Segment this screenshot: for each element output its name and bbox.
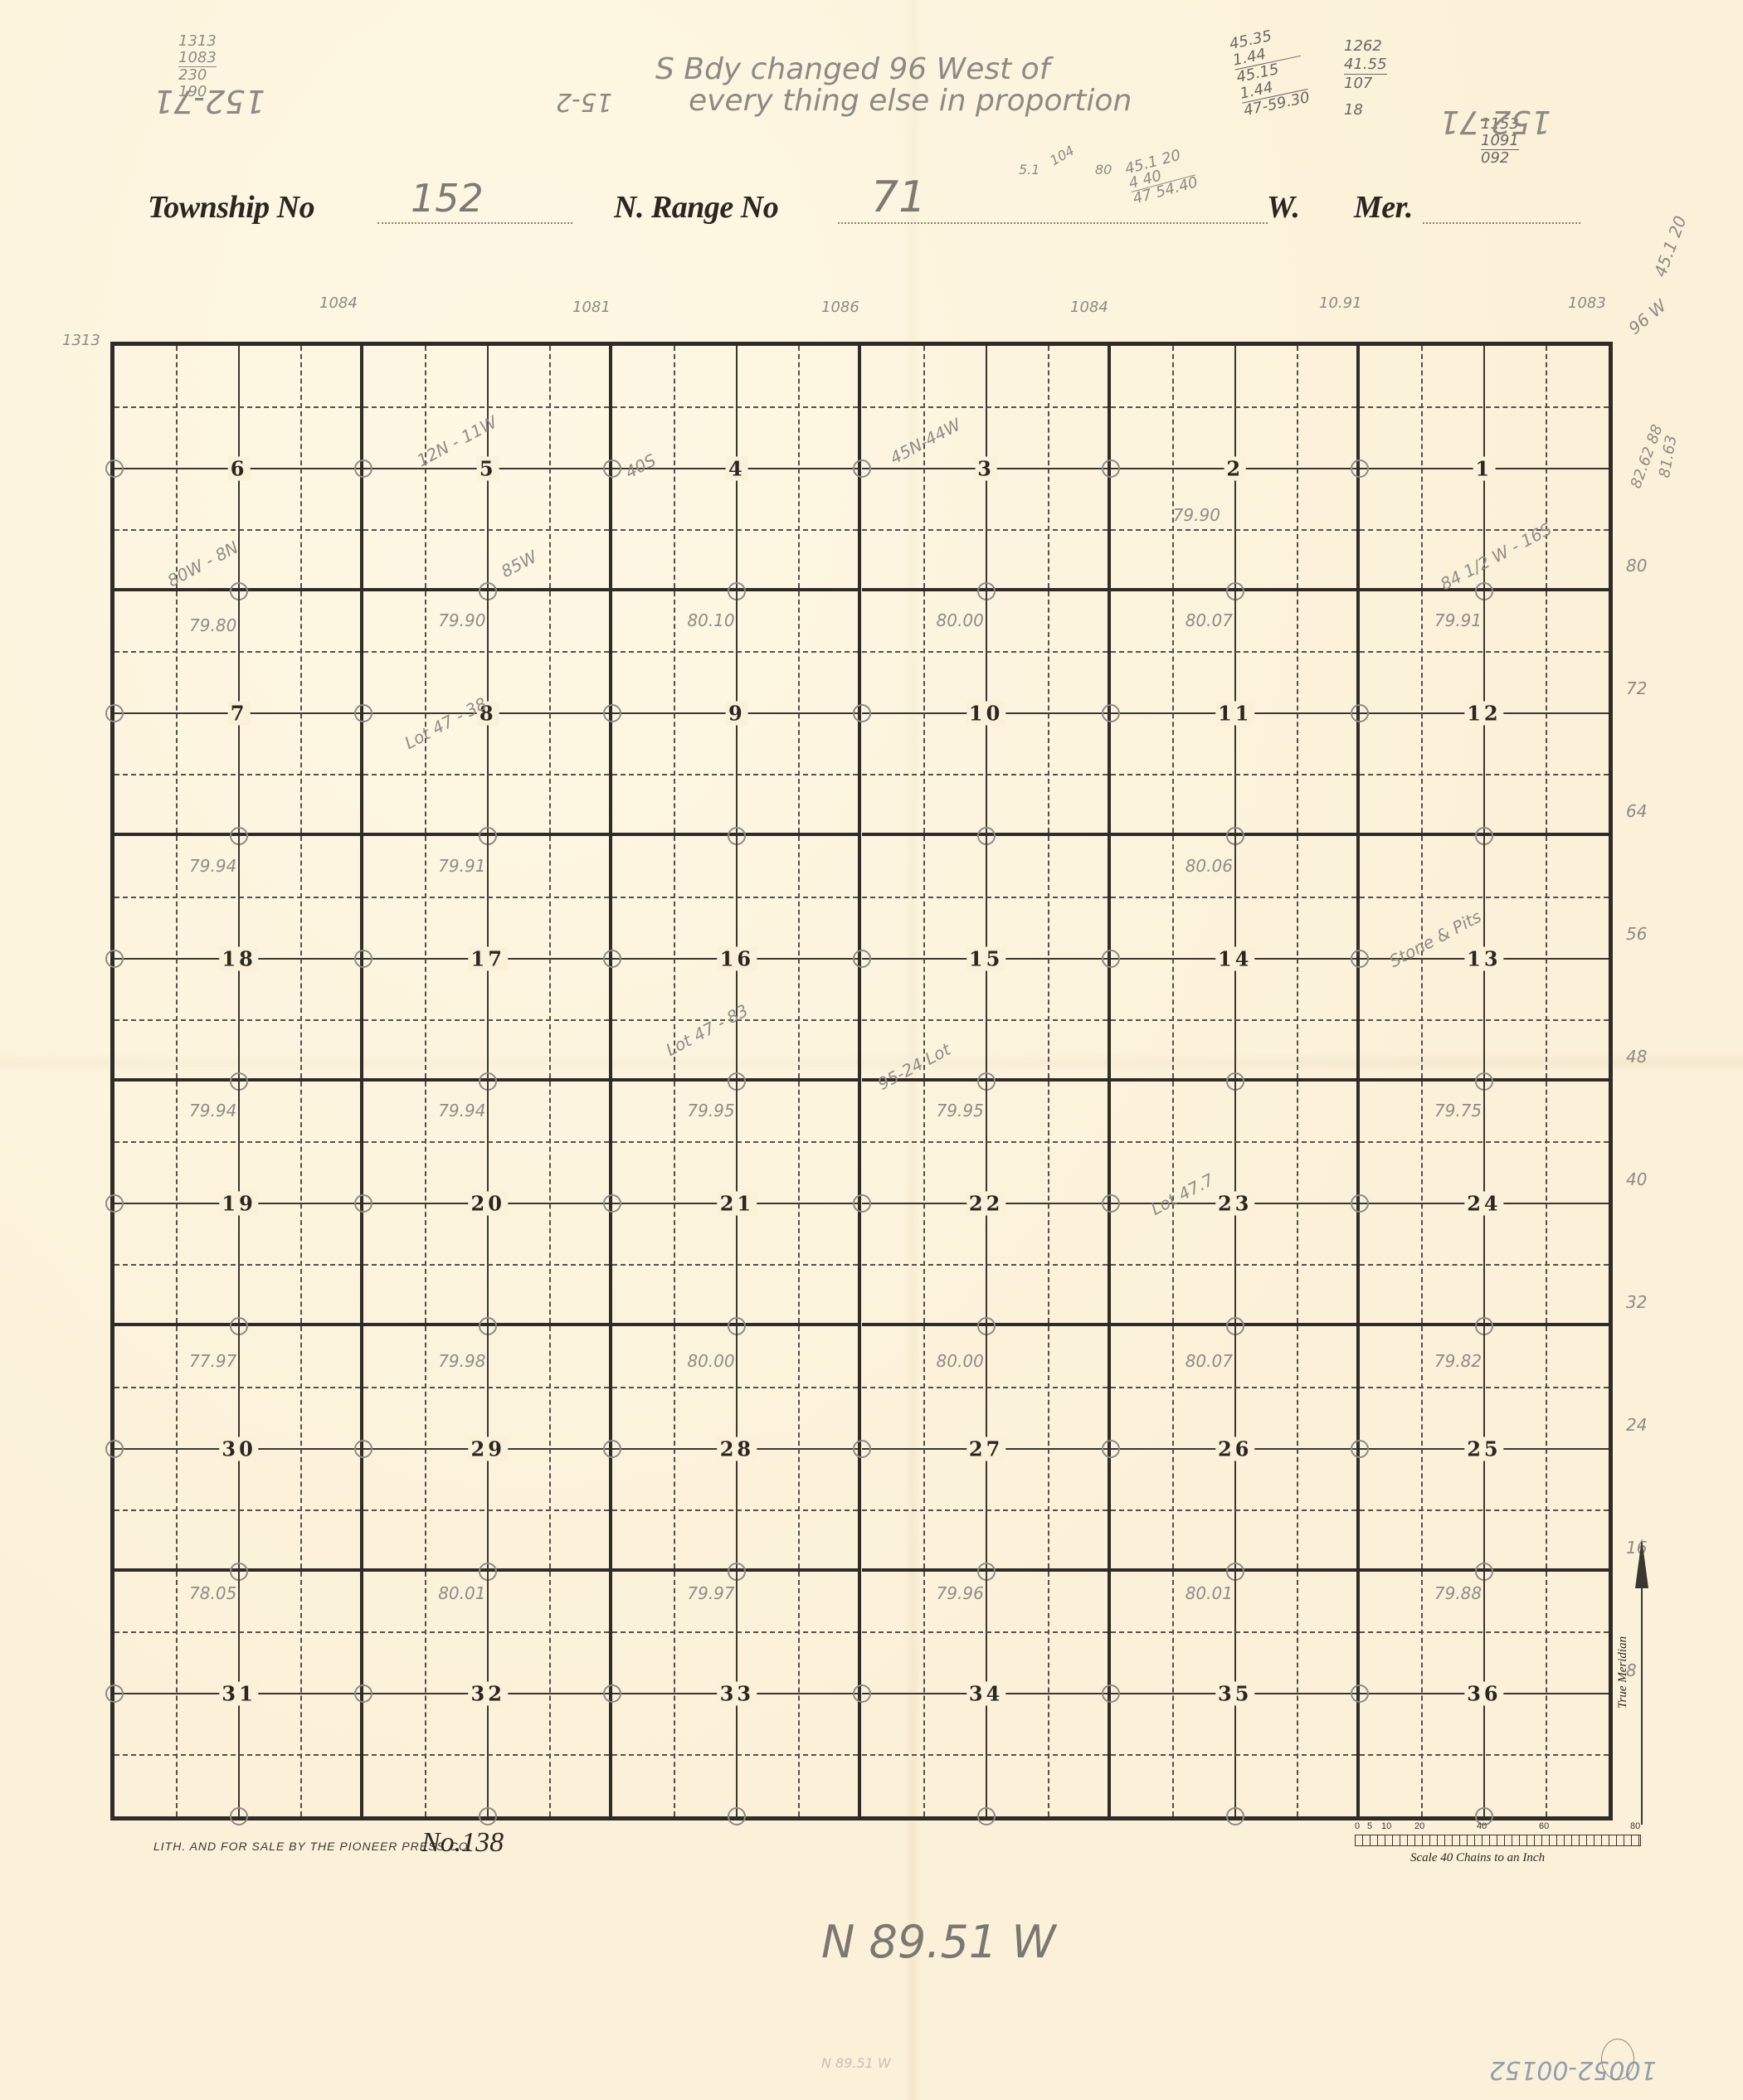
sixteenth-line-vertical [1172, 1326, 1174, 1568]
sixteenth-line-vertical [300, 346, 302, 588]
pencil-annotation: 80.01 [438, 1583, 485, 1603]
scale-bar [1355, 1835, 1641, 1846]
sixteenth-line-horizontal [1111, 1631, 1356, 1633]
scale-tick-label: 10 [1381, 1821, 1391, 1831]
section-24: 24 [1360, 1082, 1609, 1327]
right-tally-value: 56 [1626, 924, 1647, 944]
survey-corner-icon [354, 1684, 372, 1703]
sixteenth-line-horizontal [1360, 1019, 1609, 1021]
sixteenth-line-vertical [425, 1326, 426, 1568]
right-tally-value: 24 [1626, 1415, 1647, 1435]
sixteenth-line-horizontal [1360, 529, 1609, 531]
section-number: 35 [1215, 1682, 1254, 1706]
township-field-line [377, 222, 572, 224]
pencil-annotation: 80.01 [1186, 1583, 1233, 1603]
sixteenth-line-horizontal [612, 897, 858, 898]
survey-corner-icon [603, 1440, 621, 1458]
calc-line: 230 [178, 66, 217, 84]
sixteenth-line-vertical [674, 1082, 675, 1324]
survey-corner-icon [105, 459, 124, 478]
sixteenth-line-horizontal [1111, 897, 1356, 898]
section-29: 29 [363, 1326, 612, 1572]
right-tally-value: 40 [1626, 1169, 1647, 1189]
sixteenth-line-vertical [674, 346, 675, 588]
sixteenth-line-horizontal [114, 1754, 360, 1756]
sixteenth-line-horizontal [1360, 774, 1609, 775]
sixteenth-line-vertical [176, 1082, 178, 1324]
sixteenth-line-vertical [549, 1082, 551, 1324]
sixteenth-line-vertical [1297, 1326, 1298, 1568]
section-number: 2 [1224, 456, 1246, 480]
sixteenth-line-horizontal [1360, 1387, 1609, 1388]
sixteenth-line-vertical [923, 1326, 925, 1568]
sixteenth-line-horizontal [363, 774, 609, 775]
survey-corner-icon [105, 1194, 124, 1213]
sixteenth-line-vertical [1421, 1082, 1423, 1324]
range-field-line [838, 222, 1268, 224]
survey-corner-icon [603, 459, 621, 478]
sixteenth-line-vertical [923, 346, 925, 588]
sixteenth-line-horizontal [114, 897, 360, 898]
survey-corner-icon [1102, 459, 1120, 478]
section-number: 32 [469, 1682, 508, 1706]
sixteenth-line-horizontal [862, 651, 1108, 653]
true-meridian-label: True Meridian [1616, 1636, 1630, 1709]
section-10: 10 [862, 591, 1111, 837]
top-left-code: 152-71 [153, 83, 265, 119]
section-14: 14 [1111, 836, 1360, 1082]
section-number: 15 [966, 946, 1005, 970]
top-edge-measure: 1083 [1568, 294, 1606, 312]
section-27: 27 [862, 1326, 1111, 1572]
sixteenth-line-vertical [1421, 591, 1423, 834]
sixteenth-line-vertical [1297, 346, 1298, 588]
top-edge-measure: 1081 [572, 299, 611, 316]
top-edge-measure: 10.91 [1319, 294, 1362, 312]
pencil-annotation: 80.07 [1186, 1351, 1233, 1371]
survey-corner-icon [1102, 950, 1120, 968]
pencil-annotation: 79.94 [189, 856, 236, 876]
pencil-annotation: 77.97 [189, 1351, 236, 1371]
sixteenth-line-vertical [1172, 591, 1174, 834]
section-number: 26 [1215, 1436, 1254, 1461]
pencil-annotation: 79.95 [687, 1101, 734, 1120]
sixteenth-line-vertical [176, 836, 178, 1078]
sixteenth-line-vertical [798, 836, 800, 1078]
sixteenth-line-horizontal [114, 1387, 360, 1388]
pencil-annotation: 80.06 [1186, 856, 1233, 876]
sixteenth-line-vertical [1048, 836, 1049, 1078]
section-8: 8 [363, 591, 612, 837]
pencil-annotation: 79.95 [937, 1101, 984, 1120]
sixteenth-line-horizontal [1360, 651, 1609, 653]
scale-tick-label: 0 [1355, 1821, 1360, 1831]
survey-corner-icon [853, 459, 871, 478]
sixteenth-line-vertical [549, 836, 551, 1078]
sixteenth-line-vertical [300, 1082, 302, 1324]
sixteenth-line-vertical [1421, 1572, 1423, 1817]
sixteenth-line-vertical [425, 591, 426, 834]
note-line-2: every thing else in proportion [655, 85, 1132, 117]
calc-line: 1313 [178, 33, 217, 50]
mid-small-3: 80 [1095, 162, 1112, 177]
pencil-annotation: 80.00 [687, 1351, 734, 1371]
survey-corner-icon [354, 704, 372, 722]
section-number: 18 [219, 946, 258, 970]
top-edge-measure: 1084 [1070, 299, 1108, 316]
sixteenth-line-horizontal [862, 1387, 1108, 1388]
sixteenth-line-horizontal [114, 406, 360, 408]
section-25: 25 [1360, 1326, 1609, 1572]
pencil-annotation: 78.05 [189, 1583, 236, 1603]
sixteenth-line-horizontal [114, 529, 360, 531]
section-11: 11 [1111, 591, 1360, 837]
sixteenth-line-vertical [1048, 346, 1049, 588]
sixteenth-line-vertical [176, 346, 178, 588]
sixteenth-line-horizontal [1111, 1387, 1356, 1388]
section-number: 3 [975, 456, 997, 480]
sixteenth-line-vertical [1297, 1572, 1298, 1817]
sixteenth-line-horizontal [612, 1631, 858, 1633]
top-edge-measure: 1313 [62, 332, 100, 349]
section-number: 6 [228, 456, 251, 480]
pencil-annotation: 79.82 [1434, 1351, 1482, 1371]
sixteenth-line-horizontal [363, 1264, 609, 1266]
survey-corner-icon [354, 1194, 372, 1213]
bottom-bearing-note: N 89.51 W [821, 1916, 1056, 1968]
section-number: 9 [726, 702, 748, 726]
sixteenth-line-horizontal [363, 1019, 609, 1021]
calc-line: 41.55 [1344, 56, 1387, 75]
pencil-annotation: 79.91 [438, 856, 485, 876]
sixteenth-line-horizontal [363, 1387, 609, 1388]
survey-corner-icon [977, 1807, 996, 1825]
township-plat-grid: 6543217891011121817161514131920212223243… [110, 342, 1613, 1820]
sixteenth-line-vertical [1172, 346, 1174, 588]
section-number: 28 [718, 1436, 757, 1461]
sixteenth-line-horizontal [612, 529, 858, 531]
sixteenth-line-horizontal [612, 1754, 858, 1756]
survey-corner-icon [354, 1440, 372, 1458]
section-7: 7 [114, 591, 363, 837]
section-32: 32 [363, 1572, 612, 1817]
meridian-direction: W. [1267, 189, 1299, 226]
sixteenth-line-horizontal [1360, 406, 1609, 408]
sixteenth-line-vertical [798, 346, 800, 588]
sixteenth-line-horizontal [862, 1509, 1108, 1511]
pencil-annotation: 79.90 [438, 610, 485, 630]
mid-small-2: 104 [1047, 143, 1077, 169]
note-line-1: S Bdy changed 96 West of [655, 54, 1132, 85]
section-36: 36 [1360, 1572, 1609, 1817]
mid-calc: 45.1 20 4 40 47 54.40 [1123, 146, 1200, 207]
right-tally-value: 72 [1626, 678, 1647, 698]
mid-small-1: 5.1 [1019, 162, 1039, 177]
survey-corner-icon [1102, 1440, 1120, 1458]
scale-tick-label: 40 [1477, 1821, 1487, 1831]
section-number: 36 [1464, 1682, 1503, 1706]
section-number: 23 [1215, 1192, 1254, 1216]
sixteenth-line-horizontal [612, 1264, 858, 1266]
pencil-annotation: 79.94 [438, 1101, 485, 1120]
section-number: 19 [219, 1192, 258, 1216]
calc-line: 18 [1344, 101, 1387, 119]
sixteenth-line-vertical [798, 1572, 800, 1817]
sixteenth-line-vertical [1048, 1082, 1049, 1324]
sixteenth-line-vertical [300, 1572, 302, 1817]
section-22: 22 [862, 1082, 1111, 1327]
section-number: 21 [718, 1192, 757, 1216]
sixteenth-line-horizontal [862, 774, 1108, 775]
sixteenth-line-vertical [798, 591, 800, 834]
sixteenth-line-vertical [674, 591, 675, 834]
survey-corner-icon [1351, 704, 1369, 722]
survey-corner-icon [1102, 1194, 1120, 1213]
sixteenth-line-horizontal [114, 1141, 360, 1143]
sixteenth-line-vertical [923, 1082, 925, 1324]
survey-corner-icon [105, 1684, 124, 1703]
survey-corner-icon [1351, 1194, 1369, 1213]
pencil-annotation: 80.00 [937, 610, 984, 630]
section-34: 34 [862, 1572, 1111, 1817]
sixteenth-line-horizontal [363, 1509, 609, 1511]
section-3: 3 [862, 346, 1111, 591]
survey-corner-icon [728, 1807, 746, 1825]
section-28: 28 [612, 1326, 861, 1572]
section-number: 17 [469, 946, 508, 970]
top-main-note: S Bdy changed 96 West of every thing els… [655, 54, 1132, 117]
section-number: 11 [1215, 702, 1254, 726]
sixteenth-line-horizontal [114, 651, 360, 653]
meridian-field-line [1423, 222, 1580, 224]
calc-line: 092 [1481, 150, 1519, 167]
pencil-annotation: 79.80 [189, 615, 236, 635]
survey-corner-icon [230, 1807, 248, 1825]
sixteenth-line-vertical [923, 836, 925, 1078]
pencil-annotation: 79.90 [1173, 505, 1220, 525]
sixteenth-line-horizontal [862, 1141, 1108, 1143]
survey-corner-icon [853, 1440, 871, 1458]
section-30: 30 [114, 1326, 363, 1572]
pencil-annotation: 79.96 [937, 1583, 984, 1603]
sixteenth-line-horizontal [1111, 406, 1356, 408]
sixteenth-line-vertical [1297, 1082, 1298, 1324]
north-arrow-icon [1635, 1539, 1648, 1588]
right-tally-value: 48 [1626, 1047, 1647, 1067]
sixteenth-line-vertical [549, 591, 551, 834]
sixteenth-line-horizontal [114, 1019, 360, 1021]
sixteenth-line-vertical [549, 1326, 551, 1568]
sixteenth-line-vertical [1546, 1082, 1547, 1324]
sixteenth-line-vertical [425, 836, 426, 1078]
pencil-annotation: 80.10 [687, 610, 734, 630]
sixteenth-line-vertical [798, 1082, 800, 1324]
top-edge-measure: 1084 [319, 294, 358, 312]
sixteenth-line-horizontal [363, 1754, 609, 1756]
range-label: N. Range No [614, 189, 778, 226]
pencil-annotation: 79.88 [1434, 1583, 1482, 1603]
sixteenth-line-vertical [798, 1326, 800, 1568]
sixteenth-line-vertical [425, 1572, 426, 1817]
section-33: 33 [612, 1572, 861, 1817]
sixteenth-line-horizontal [1360, 1631, 1609, 1633]
section-number: 31 [219, 1682, 258, 1706]
sixteenth-line-vertical [176, 1572, 178, 1817]
section-number: 4 [726, 456, 748, 480]
right-tally-value: 64 [1626, 801, 1647, 821]
sixteenth-line-vertical [1546, 346, 1547, 588]
right-note-a: 45.1 20 [1650, 213, 1691, 280]
sixteenth-line-vertical [300, 591, 302, 834]
section-18: 18 [114, 836, 363, 1082]
section-number: 12 [1464, 702, 1503, 726]
sixteenth-line-horizontal [862, 1019, 1108, 1021]
section-number: 29 [469, 1436, 508, 1461]
sixteenth-line-vertical [1421, 1326, 1423, 1568]
sixteenth-line-horizontal [862, 1754, 1108, 1756]
survey-corner-icon [354, 459, 372, 478]
sixteenth-line-vertical [300, 836, 302, 1078]
sixteenth-line-horizontal [612, 1141, 858, 1143]
survey-corner-icon [105, 704, 124, 722]
section-20: 20 [363, 1082, 612, 1327]
section-26: 26 [1111, 1326, 1360, 1572]
survey-corner-icon [1226, 1807, 1244, 1825]
sixteenth-line-horizontal [114, 1264, 360, 1266]
pencil-annotation: 79.97 [687, 1583, 734, 1603]
top-edge-measure: 1086 [821, 299, 859, 316]
sixteenth-line-horizontal [363, 529, 609, 531]
sixteenth-line-horizontal [114, 1509, 360, 1511]
section-17: 17 [363, 836, 612, 1082]
section-number: 34 [966, 1682, 1005, 1706]
section-number: 5 [477, 456, 499, 480]
sixteenth-line-vertical [1297, 836, 1298, 1078]
top-mid-code: 15-2 [556, 87, 612, 116]
section-number: 16 [718, 946, 757, 970]
sixteenth-line-vertical [1546, 1572, 1547, 1817]
sixteenth-line-horizontal [1111, 774, 1356, 775]
section-number: 10 [966, 702, 1005, 726]
sixteenth-line-horizontal [862, 1264, 1108, 1266]
section-number: 27 [966, 1436, 1005, 1461]
sixteenth-line-horizontal [363, 897, 609, 898]
sixteenth-line-vertical [1546, 1326, 1547, 1568]
survey-corner-icon [853, 704, 871, 722]
section-number: 1 [1473, 456, 1496, 480]
survey-corner-icon [603, 1684, 621, 1703]
sixteenth-line-horizontal [1111, 1019, 1356, 1021]
section-9: 9 [612, 591, 861, 837]
sixteenth-line-vertical [1546, 591, 1547, 834]
sixteenth-line-horizontal [862, 897, 1108, 898]
sixteenth-line-horizontal [1360, 1141, 1609, 1143]
sixteenth-line-horizontal [612, 774, 858, 775]
plate-number: No.138 [421, 1827, 504, 1859]
section-2: 2 [1111, 346, 1360, 591]
sixteenth-line-vertical [176, 1326, 178, 1568]
sixteenth-line-vertical [1048, 1326, 1049, 1568]
top-right-code: 152-71 [1439, 104, 1551, 140]
section-number: 33 [718, 1682, 757, 1706]
sixteenth-line-vertical [1172, 1572, 1174, 1817]
survey-corner-icon [479, 1807, 497, 1825]
sixteenth-line-vertical [674, 1326, 675, 1568]
section-number: 24 [1464, 1192, 1503, 1216]
sixteenth-line-horizontal [363, 651, 609, 653]
sixteenth-line-vertical [1421, 346, 1423, 588]
section-16: 16 [612, 836, 861, 1082]
scale-tick-label: 80 [1630, 1821, 1640, 1831]
sixteenth-line-horizontal [612, 1509, 858, 1511]
sixteenth-line-horizontal [114, 774, 360, 775]
top-right-calc-a: 45.35 1.44 45.15 1.44 47-59.30 [1228, 23, 1311, 120]
pencil-annotation: 79.75 [1434, 1101, 1482, 1120]
section-21: 21 [612, 1082, 861, 1327]
right-tally-value: 32 [1626, 1292, 1647, 1312]
sixteenth-line-vertical [425, 1082, 426, 1324]
survey-corner-icon [853, 1684, 871, 1703]
section-5: 5 [363, 346, 612, 591]
township-label: Township No [148, 189, 314, 226]
right-note-b: 96 W [1624, 295, 1670, 338]
bottom-right-stamp [1601, 2039, 1634, 2080]
survey-corner-icon [603, 950, 621, 968]
survey-corner-icon [1351, 1684, 1369, 1703]
sixteenth-line-vertical [923, 1572, 925, 1817]
sixteenth-line-vertical [674, 1572, 675, 1817]
survey-corner-icon [354, 950, 372, 968]
section-number: 7 [228, 702, 251, 726]
survey-corner-icon [1351, 459, 1369, 478]
section-31: 31 [114, 1572, 363, 1817]
right-tally-value: 80 [1626, 556, 1647, 576]
survey-corner-icon [603, 704, 621, 722]
bottom-center-faint-note: N 89.51 W [821, 2055, 891, 2071]
pencil-annotation: 79.94 [189, 1101, 236, 1120]
section-19: 19 [114, 1082, 363, 1327]
sixteenth-line-vertical [1048, 1572, 1049, 1817]
sixteenth-line-horizontal [612, 1387, 858, 1388]
section-12: 12 [1360, 591, 1609, 837]
section-number: 25 [1464, 1436, 1503, 1461]
calc-line: 107 [1344, 75, 1387, 93]
survey-corner-icon [853, 1194, 871, 1213]
meridian-label: Mer. [1354, 189, 1413, 226]
survey-corner-icon [1351, 1440, 1369, 1458]
sixteenth-line-horizontal [114, 1631, 360, 1633]
section-number: 30 [219, 1436, 258, 1461]
sixteenth-line-vertical [549, 346, 551, 588]
survey-corner-icon [603, 1194, 621, 1213]
pencil-annotation: 80.07 [1186, 610, 1233, 630]
sixteenth-line-vertical [1172, 836, 1174, 1078]
sixteenth-line-vertical [1048, 591, 1049, 834]
sixteenth-line-vertical [1297, 591, 1298, 834]
section-35: 35 [1111, 1572, 1360, 1817]
pencil-annotation: 79.98 [438, 1351, 485, 1371]
scale-tick-label: 60 [1539, 1821, 1549, 1831]
section-15: 15 [862, 836, 1111, 1082]
sixteenth-line-horizontal [363, 1631, 609, 1633]
pencil-annotation: 80.00 [937, 1351, 984, 1371]
sixteenth-line-horizontal [1111, 1141, 1356, 1143]
sixteenth-line-horizontal [363, 406, 609, 408]
sixteenth-line-horizontal [1111, 1264, 1356, 1266]
township-value: 152 [411, 176, 484, 221]
sixteenth-line-horizontal [363, 1141, 609, 1143]
sixteenth-line-vertical [549, 1572, 551, 1817]
